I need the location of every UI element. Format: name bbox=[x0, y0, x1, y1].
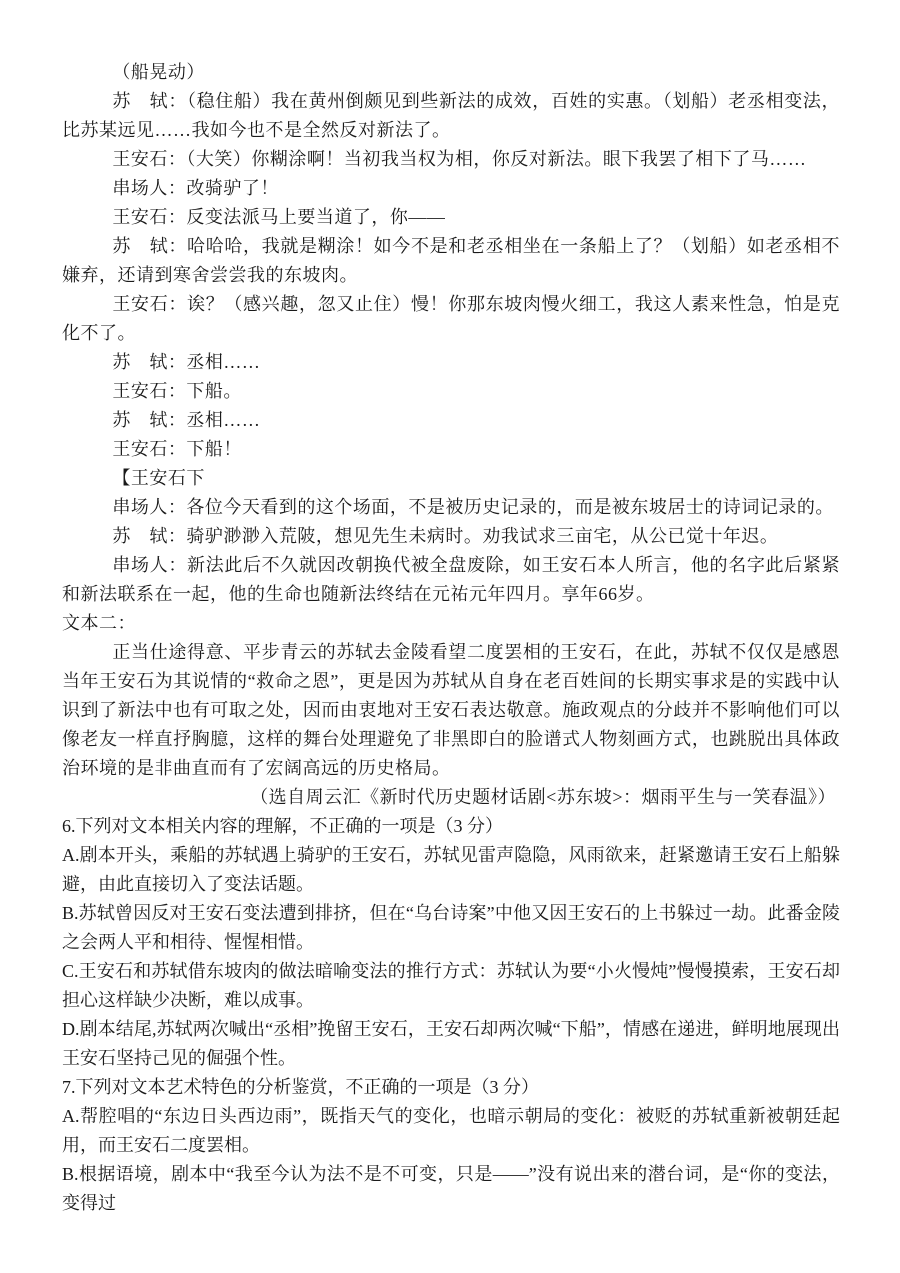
dialogue-sushi-1: 苏 轼：（稳住船）我在黄州倒颇见到些新法的成效，百姓的实惠。（划船）老丞相变法，… bbox=[62, 87, 840, 145]
text-two-paragraph: 正当仕途得意、平步青云的苏轼去金陵看望二度罢相的王安石，在此，苏轼不仅仅是感恩当… bbox=[62, 638, 840, 783]
stage-direction-exit: 【王安石下 bbox=[62, 464, 840, 493]
question-7-stem: 7.下列对文本艺术特色的分析鉴赏，不正确的一项是（3 分） bbox=[62, 1073, 840, 1102]
source-citation: （选自周云汇《新时代历史题材话剧<苏东坡>：烟雨平生与一笑春温》） bbox=[62, 783, 840, 812]
dialogue-wanganshi-3: 王安石：诶？（感兴趣，忽又止住）慢！你那东坡肉慢火细工，我这人素来性急，怕是克化… bbox=[62, 290, 840, 348]
section-label-text-two: 文本二： bbox=[62, 609, 840, 638]
question-6-option-a: A.剧本开头，乘船的苏轼遇上骑驴的王安石，苏轼见雷声隐隐，风雨欲来，赶紧邀请王安… bbox=[62, 841, 840, 899]
dialogue-wanganshi-1: 王安石：（大笑）你糊涂啊！当初我当权为相，你反对新法。眼下我罢了相下了马…… bbox=[62, 145, 840, 174]
document-body: （船晃动）苏 轼：（稳住船）我在黄州倒颇见到些新法的成效，百姓的实惠。（划船）老… bbox=[62, 58, 840, 1218]
dialogue-wanganshi-4: 王安石：下船。 bbox=[62, 377, 840, 406]
dialogue-sushi-3: 苏 轼：丞相…… bbox=[62, 348, 840, 377]
question-6-option-d: D.剧本结尾,苏轼两次喊出“丞相”挽留王安石，王安石却两次喊“下船”，情感在递进… bbox=[62, 1015, 840, 1073]
document-page: （船晃动）苏 轼：（稳住船）我在黄州倒颇见到些新法的成效，百姓的实惠。（划船）老… bbox=[0, 0, 900, 1273]
dialogue-wanganshi-2: 王安石：反变法派马上要当道了，你—— bbox=[62, 203, 840, 232]
stage-direction-boat: （船晃动） bbox=[62, 58, 840, 87]
dialogue-sushi-poem: 苏 轼：骑驴渺渺入荒陂，想见先生未病时。劝我试求三亩宅，从公已觉十年迟。 bbox=[62, 522, 840, 551]
dialogue-chuanchangren-2: 串场人：各位今天看到的这个场面，不是被历史记录的，而是被东坡居士的诗词记录的。 bbox=[62, 493, 840, 522]
dialogue-wanganshi-5: 王安石：下船！ bbox=[62, 435, 840, 464]
dialogue-sushi-2: 苏 轼：哈哈哈，我就是糊涂！如今不是和老丞相坐在一条船上了？（划船）如老丞相不嫌… bbox=[62, 232, 840, 290]
dialogue-sushi-4: 苏 轼：丞相…… bbox=[62, 406, 840, 435]
question-6-option-c: C.王安石和苏轼借东坡肉的做法暗喻变法的推行方式：苏轼认为要“小火慢炖”慢慢摸索… bbox=[62, 957, 840, 1015]
question-7-option-a: A.帮腔唱的“东边日头西边雨”，既指天气的变化，也暗示朝局的变化：被贬的苏轼重新… bbox=[62, 1102, 840, 1160]
dialogue-chuanchangren-3: 串场人：新法此后不久就因改朝换代被全盘废除，如王安石本人所言，他的名字此后紧紧和… bbox=[62, 551, 840, 609]
question-6-option-b: B.苏轼曾因反对王安石变法遭到排挤，但在“乌台诗案”中他又因王安石的上书躲过一劫… bbox=[62, 899, 840, 957]
question-6-stem: 6.下列对文本相关内容的理解，不正确的一项是（3 分） bbox=[62, 812, 840, 841]
dialogue-chuanchangren-1: 串场人：改骑驴了！ bbox=[62, 174, 840, 203]
question-7-option-b: B.根据语境，剧本中“我至今认为法不是不可变，只是——”没有说出来的潜台词，是“… bbox=[62, 1160, 840, 1218]
